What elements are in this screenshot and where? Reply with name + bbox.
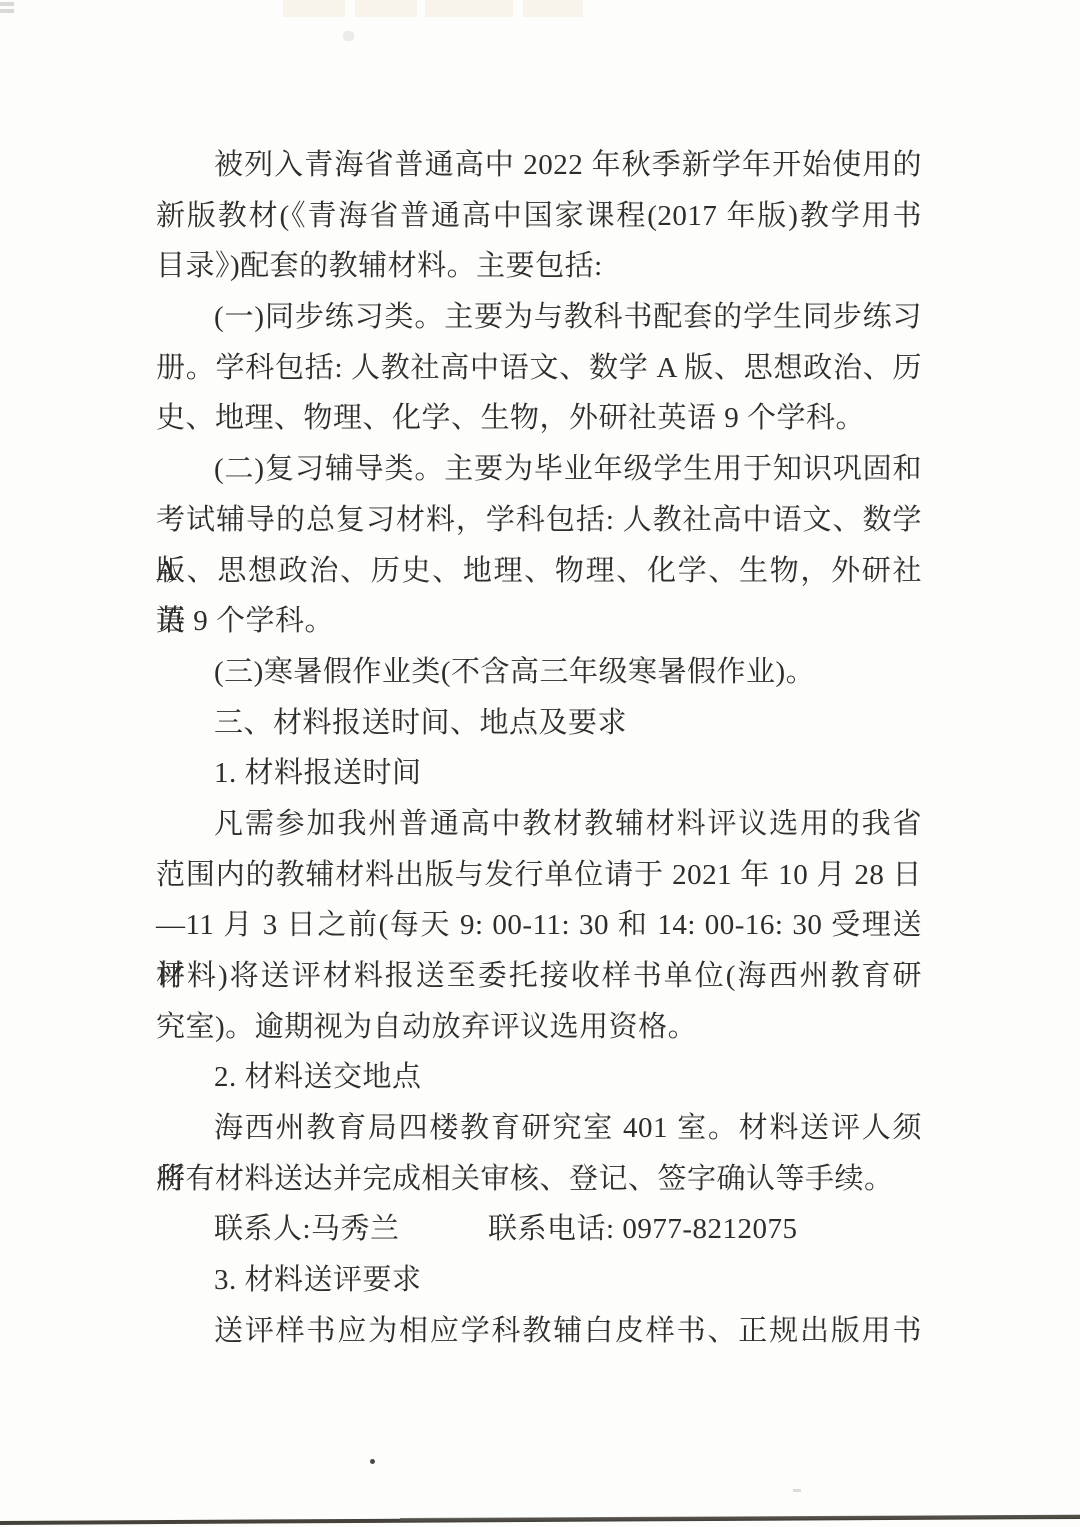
list-item-line: (三)寒暑假作业类(不含高三年级寒暑假作业)。: [156, 647, 922, 698]
text-line: —11 月 3 日之前(每天 9: 00-11: 30 和 14: 00-16:…: [156, 900, 922, 951]
text-line: 凡需参加我州普通高中教材教辅材料评议选用的我省: [156, 799, 922, 850]
ink-speck: [370, 1459, 375, 1464]
scanned-document-page: 被列入青海省普通高中 2022 年秋季新学年开始使用的新版教材(《青海省普通高中…: [0, 0, 1080, 1527]
contact-line: 联系人:马秀兰 联系电话: 0977-8212075: [156, 1204, 922, 1255]
scan-smudge: [355, 0, 417, 17]
text-line: 考试辅导的总复习材料，学科包括: 人教社高中语文、数学 A: [156, 495, 922, 546]
text-line: 送评样书应为相应学科教辅白皮样书、正规出版用书: [156, 1306, 922, 1357]
text-line: 海西州教育局四楼教育研究室 401 室。材料送评人须将: [156, 1103, 922, 1154]
text-line: 究室)。逾期视为自动放弃评议选用资格。: [156, 1002, 922, 1053]
text-line: 新版教材(《青海省普通高中国家课程(2017 年版)教学用书: [156, 191, 922, 242]
document-body: 被列入青海省普通高中 2022 年秋季新学年开始使用的新版教材(《青海省普通高中…: [156, 140, 922, 1357]
scan-corner-mark: [0, 2, 14, 6]
text-line: 语 9 个学科。: [156, 596, 922, 647]
scan-smudge: [425, 0, 513, 17]
text-line: 史、地理、物理、化学、生物，外研社英语 9 个学科。: [156, 393, 922, 444]
text-line: 版、思想政治、历史、地理、物理、化学、生物，外研社英: [156, 546, 922, 597]
list-item-line: (二)复习辅导类。主要为毕业年级学生用于知识巩固和: [156, 444, 922, 495]
text-line: 目录》)配套的教辅材料。主要包括:: [156, 241, 922, 292]
scan-smudge: [343, 31, 354, 41]
section-heading-line: 三、材料报送时间、地点及要求: [156, 698, 922, 749]
text-line: 册。学科包括: 人教社高中语文、数学 A 版、思想政治、历: [156, 343, 922, 394]
text-line: 材料)将送评材料报送至委托接收样书单位(海西州教育研: [156, 951, 922, 1002]
subsection-heading-line: 3. 材料送评要求: [156, 1255, 922, 1306]
scan-smudge: [523, 0, 583, 17]
scan-smudge: [793, 1489, 801, 1492]
text-line: 范围内的教辅材料出版与发行单位请于 2021 年 10 月 28 日: [156, 850, 922, 901]
subsection-heading-line: 2. 材料送交地点: [156, 1052, 922, 1103]
list-item-line: (一)同步练习类。主要为与教科书配套的学生同步练习: [156, 292, 922, 343]
text-line: 所有材料送达并完成相关审核、登记、签字确认等手续。: [156, 1154, 922, 1205]
text-line: 被列入青海省普通高中 2022 年秋季新学年开始使用的: [156, 140, 922, 191]
scan-smudge: [283, 0, 345, 17]
subsection-heading-line: 1. 材料报送时间: [156, 748, 922, 799]
